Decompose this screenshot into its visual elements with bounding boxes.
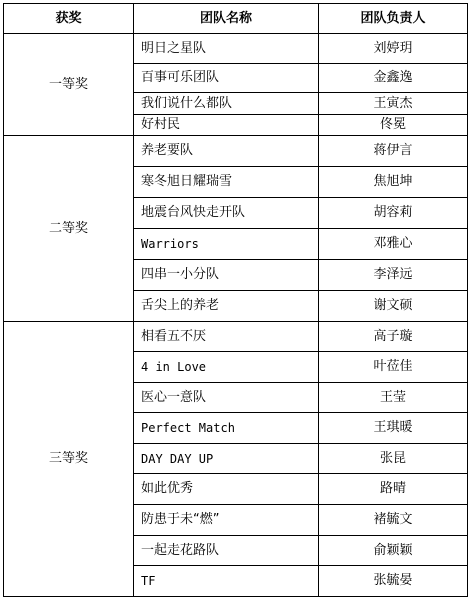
team-leader-cell: 胡容莉 — [319, 198, 468, 229]
award-level-cell: 一等奖 — [4, 34, 134, 136]
team-name-cell: 4 in Love — [134, 352, 319, 383]
header-award: 获奖 — [4, 4, 134, 34]
team-name-cell: 好村民 — [134, 115, 319, 136]
team-leader-cell: 邓雅心 — [319, 229, 468, 260]
award-level-cell: 二等奖 — [4, 136, 134, 322]
award-level-cell: 三等奖 — [4, 322, 134, 597]
awards-table: 获奖 团队名称 团队负责人 一等奖明日之星队刘婷玥百事可乐团队金鑫逸我们说什么都… — [3, 3, 468, 597]
team-leader-cell: 路晴 — [319, 474, 468, 505]
table-row: 二等奖养老要队蒋伊言 — [4, 136, 468, 167]
team-leader-cell: 李泽远 — [319, 260, 468, 291]
team-name-cell: 养老要队 — [134, 136, 319, 167]
team-name-cell: 明日之星队 — [134, 34, 319, 64]
team-leader-cell: 褚毓文 — [319, 505, 468, 536]
team-leader-cell: 刘婷玥 — [319, 34, 468, 64]
team-name-cell: 我们说什么都队 — [134, 93, 319, 115]
team-leader-cell: 王莹 — [319, 383, 468, 413]
team-name-cell: 一起走花路队 — [134, 536, 319, 566]
team-leader-cell: 谢文硕 — [319, 291, 468, 322]
table-row: 三等奖相看五不厌高子璇 — [4, 322, 468, 352]
team-leader-cell: 金鑫逸 — [319, 64, 468, 93]
team-leader-cell: 张毓晏 — [319, 566, 468, 597]
team-leader-cell: 张昆 — [319, 444, 468, 474]
team-name-cell: 四串一小分队 — [134, 260, 319, 291]
team-name-cell: 防患于未“燃” — [134, 505, 319, 536]
header-row: 获奖 团队名称 团队负责人 — [4, 4, 468, 34]
team-name-cell: 地震台风快走开队 — [134, 198, 319, 229]
team-leader-cell: 高子璇 — [319, 322, 468, 352]
team-leader-cell: 王琪暖 — [319, 413, 468, 444]
team-name-cell: 医心一意队 — [134, 383, 319, 413]
header-team-name: 团队名称 — [134, 4, 319, 34]
team-name-cell: 如此优秀 — [134, 474, 319, 505]
table-body: 一等奖明日之星队刘婷玥百事可乐团队金鑫逸我们说什么都队王寅杰好村民佟冕二等奖养老… — [4, 34, 468, 597]
team-name-cell: 百事可乐团队 — [134, 64, 319, 93]
team-name-cell: DAY DAY UP — [134, 444, 319, 474]
team-leader-cell: 王寅杰 — [319, 93, 468, 115]
team-leader-cell: 蒋伊言 — [319, 136, 468, 167]
team-name-cell: 舌尖上的养老 — [134, 291, 319, 322]
team-leader-cell: 佟冕 — [319, 115, 468, 136]
team-name-cell: Perfect Match — [134, 413, 319, 444]
team-name-cell: 相看五不厌 — [134, 322, 319, 352]
team-name-cell: 寒冬旭日耀瑞雪 — [134, 167, 319, 198]
team-name-cell: Warriors — [134, 229, 319, 260]
team-leader-cell: 叶莅佳 — [319, 352, 468, 383]
header-team-leader: 团队负责人 — [319, 4, 468, 34]
team-leader-cell: 俞颖颖 — [319, 536, 468, 566]
team-leader-cell: 焦旭坤 — [319, 167, 468, 198]
team-name-cell: TF — [134, 566, 319, 597]
table-row: 一等奖明日之星队刘婷玥 — [4, 34, 468, 64]
